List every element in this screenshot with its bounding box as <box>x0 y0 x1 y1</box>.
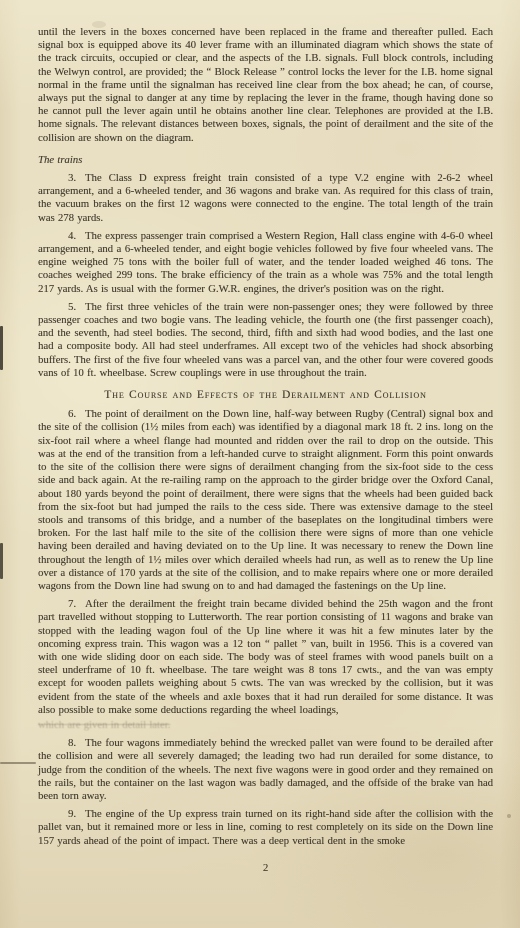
continuation-paragraph: until the levers in the boxes concerned … <box>38 26 493 145</box>
paragraph-9: 9.The engine of the Up express train tur… <box>38 808 493 848</box>
paragraph-3-text: The Class D express freight train consis… <box>38 172 493 224</box>
report-page: until the levers in the boxes concerned … <box>0 0 520 875</box>
paragraph-7: 7.After the derailment the freight train… <box>38 598 493 717</box>
subheading-the-trains: The trains <box>38 154 493 167</box>
paragraph-7-number: 7. <box>68 598 85 610</box>
page-number: 2 <box>38 862 493 875</box>
paragraph-7-text: After the derailment the freight train b… <box>38 598 493 716</box>
paragraph-6: 6.The point of derailment on the Down li… <box>38 408 493 593</box>
paragraph-6-text: The point of derailment on the Down line… <box>38 408 493 592</box>
paragraph-5-text: The first three vehicles of the train we… <box>38 301 493 379</box>
paragraph-8-text: The four wagons immediately behind the w… <box>38 737 493 802</box>
paragraph-5-number: 5. <box>68 301 85 313</box>
paragraph-8-number: 8. <box>68 737 85 749</box>
paragraph-3-number: 3. <box>68 172 85 184</box>
paragraph-4-text: The express passenger train comprised a … <box>38 230 493 295</box>
paragraph-8: 8.The four wagons immediately behind the… <box>38 737 493 803</box>
paragraph-6-number: 6. <box>68 408 85 420</box>
section-heading-derailment-and-collision: The Course and Effects of the Derailment… <box>38 389 493 402</box>
paragraph-9-number: 9. <box>68 808 85 820</box>
paragraph-5: 5.The first three vehicles of the train … <box>38 301 493 380</box>
paragraph-3: 3.The Class D express freight train cons… <box>38 172 493 225</box>
faded-underinked-line: which are given in detail later. <box>38 719 493 732</box>
paragraph-9-text: The engine of the Up express train turne… <box>38 808 493 846</box>
paragraph-4-number: 4. <box>68 230 85 242</box>
paragraph-4: 4.The express passenger train comprised … <box>38 230 493 296</box>
